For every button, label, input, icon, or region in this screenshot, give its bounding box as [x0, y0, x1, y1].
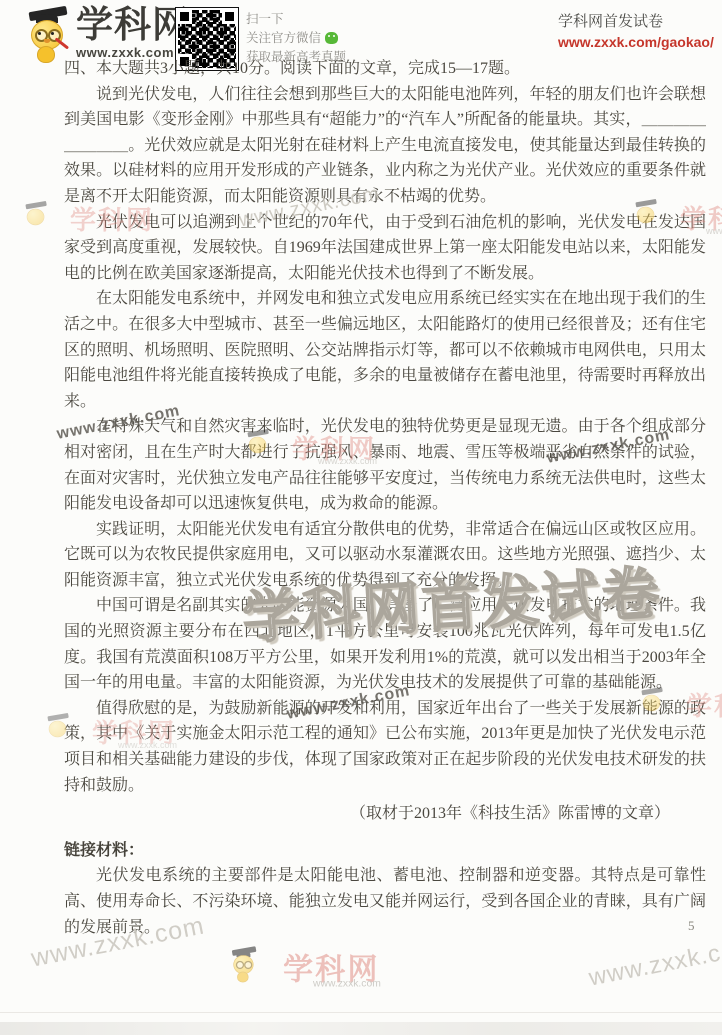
paragraph: 值得欣慰的是，为鼓励新能源的开发和利用，国家近年出台了一些关于发展新能源的政策，…: [64, 696, 706, 798]
header-right-title: 学科网首发试卷: [558, 12, 714, 32]
scan-artifact-line: [0, 1012, 722, 1013]
scanned-exam-page: 学科网 www.zxxk.com 扫一下 关注官方微信 获取最新高考真题 学科网…: [0, 0, 722, 1035]
attribution: （取材于2013年《科技生活》陈雷博的文章）: [64, 801, 706, 827]
page-number: 5: [688, 918, 695, 934]
header-right: 学科网首发试卷 www.zxxk.com/gaokao/: [558, 12, 714, 52]
paragraph: 中国可谓是名副其实的太阳能资源大国，具备了广泛应用光伏发电技术的地理条件。我国的…: [64, 593, 706, 695]
qr-caption-line1: 扫一下: [246, 10, 346, 29]
paragraph: 在太阳能发电系统中，并网发电和独立式发电应用系统已经实实在在地出现于我们的生活之…: [64, 286, 706, 414]
paragraph: 说到光伏发电，人们往往会想到那些巨大的太阳能电池阵列，年轻的朋友们也许会联想到美…: [64, 82, 706, 210]
scan-artifact-band: [0, 1022, 722, 1035]
paragraph: 光伏发电可以追溯到上个世纪的70年代，由于受到石油危机的影响，光伏发电在发达国家…: [64, 210, 706, 287]
section-heading: 四、本大题共3小题，共10分。阅读下面的文章，完成15—17题。: [64, 56, 706, 82]
paragraph: 实践证明，太阳能光伏发电有适宜分散供电的优势，非常适合在偏远山区或牧区应用。它既…: [64, 517, 706, 594]
document-text: 四、本大题共3小题，共10分。阅读下面的文章，完成15—17题。 说到光伏发电，…: [64, 56, 706, 940]
watermark-url: www.zxxk.c: [587, 939, 722, 992]
wechat-icon: [325, 32, 338, 44]
paragraph: 在特殊天气和自然灾害来临时，光伏发电的独特优势更是显现无遗。由于各个组成部分相对…: [64, 414, 706, 516]
watermark-logo: 学科网 www.zxxk.com: [230, 945, 381, 989]
brand-name: 学科网: [76, 6, 190, 44]
link-material-heading: 链接材料：: [64, 838, 706, 864]
link-material-paragraph: 光伏发电系统的主要部件是太阳能电池、蓄电池、控制器和逆变器。其特点是可靠性高、使…: [64, 863, 706, 940]
header-right-url: www.zxxk.com/gaokao/: [558, 32, 714, 52]
qr-caption-line2: 关注官方微信: [246, 31, 321, 45]
